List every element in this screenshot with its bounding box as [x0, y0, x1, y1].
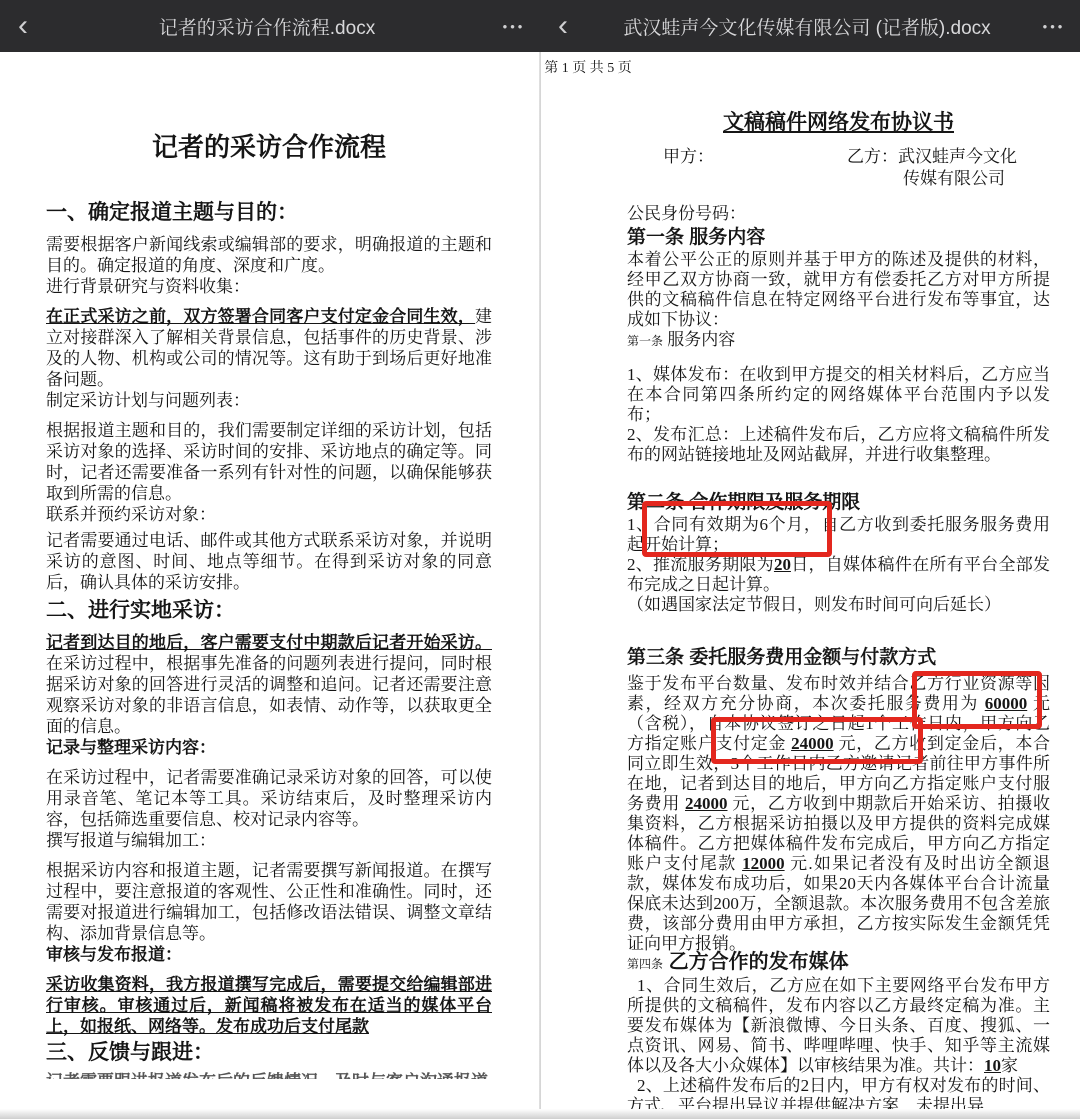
party-row: 甲方： 乙方：武汉蛙声今文化 传媒有限公司 — [627, 146, 1050, 194]
paragraph: 撰写报道与编辑加工： — [46, 830, 492, 851]
paragraph: 1、媒体发布：在收到甲方提交的相关材料后，乙方应当在本合同第四条所约定的网络媒体… — [627, 365, 1050, 425]
pane-divider — [539, 52, 541, 1119]
paragraph: 1、合同有效期为6个月，自乙方收到委托服务服务费用起开始计算； — [627, 515, 1050, 555]
paragraph: 制定采访计划与问题列表： — [46, 390, 492, 411]
doc-title: 记者的采访合作流程 — [46, 130, 492, 164]
party-a-label: 甲方： — [663, 146, 714, 168]
left-document-page[interactable]: 记者的采访合作流程 一、确定报道主题与目的： 需要根据客户新闻线索或编辑部的要求… — [46, 52, 492, 1096]
left-doc-title: 记者的采访合作流程.docx — [46, 13, 488, 40]
paragraph: 进行背景研究与资料收集： — [46, 276, 492, 297]
paragraph: 在采访过程中，记者需要准确记录采访对象的回答，可以使用录音笔、笔记本等工具。采访… — [46, 767, 492, 830]
doc-title: 文稿稿件网络发布协议书 — [627, 106, 1050, 136]
section3: 第三条 委托服务费用金额与付款方式 鉴于发布平台数量、发布时效并结合乙方行业资源… — [627, 646, 1050, 954]
paragraph: 2、发布汇总：上述稿件发布后，乙方应将文稿稿件所发布的网站链接地址及网站截屏，并… — [627, 425, 1050, 465]
paragraph: 审核与发布报道： — [46, 944, 492, 965]
paragraph: 根据采访内容和报道主题，记者需要撰写新闻报道。在撰写过程中，要注意报道的客观性、… — [46, 860, 492, 944]
right-doc-title: 武汉蛙声今文化传媒有限公司 (记者版).docx — [586, 13, 1028, 40]
paragraph: 记者需要通过电话、邮件或其他方式联系采访对象，并说明采访的意图、时间、地点等细节… — [46, 530, 492, 593]
paragraph: 1、合同生效后，乙方应在如下主要网络平台发布甲方所提供的文稿稿件，发布内容以乙方… — [627, 976, 1050, 1076]
paragraph: 记录与整理采访内容： — [46, 737, 492, 758]
section1-body: 本着公平公正的原则并基于甲方的陈述及提供的材料，经甲乙双方协商一致，就甲方有偿委… — [627, 250, 1050, 465]
screen: ‹ 记者的采访合作流程.docx ••• ‹ 武汉蛙声今文化传媒有限公司 (记者… — [0, 0, 1080, 1119]
paragraph: 本着公平公正的原则并基于甲方的陈述及提供的材料，经甲乙双方协商一致，就甲方有偿委… — [627, 250, 1050, 330]
paragraph: （如遇国家法定节假日，则发布时间可向后延长） — [627, 595, 1050, 615]
paragraph: 在正式采访之前，双方签署合同客户支付定金合同生效，建立对接群深入了解相关背景信息… — [46, 306, 492, 390]
paragraph: 联系并预约采访对象： — [46, 504, 492, 525]
back-icon[interactable]: ‹ — [0, 2, 46, 50]
more-menu-icon[interactable]: ••• — [1028, 19, 1080, 34]
paragraph: 采访收集资料，我方报道撰写完成后，需要提交给编辑部进行审核。审核通过后，新闻稿将… — [46, 974, 492, 1037]
section-heading: 一、确定报道主题与目的： — [46, 200, 492, 225]
paragraph: 第一条 服务内容 — [627, 330, 1050, 351]
party-b-label: 乙方：武汉蛙声今文化 传媒有限公司 — [847, 146, 1037, 190]
section1-heading: 第一条 服务内容 — [627, 226, 1050, 250]
section2: 第二条 合作期限及服务期限 1、合同有效期为6个月，自乙方收到委托服务服务费用起… — [627, 491, 1050, 615]
page-bottom-edge — [0, 1109, 1080, 1119]
section4-heading: 第四条 乙方合作的发布媒体 — [627, 950, 1050, 976]
page-indicator: 第 1 页 共 5 页 — [468, 57, 708, 77]
paragraph: 需要根据客户新闻线索或编辑部的要求，明确报道的主题和目的。确定报道的角度、深度和… — [46, 234, 492, 276]
section3-heading: 第三条 委托服务费用金额与付款方式 — [627, 646, 1050, 670]
paragraph: 2、推流服务期限为20日，自媒体稿件在所有平台全部发布完成之日起计算。 — [627, 555, 1050, 595]
paragraph: 鉴于发布平台数量、发布时效并结合乙方行业资源等因素，经双方充分协商，本次委托服务… — [627, 674, 1050, 954]
id-number-line: 公民身份号码： — [627, 204, 1050, 224]
clipped-paragraph: 记者需要跟进报道发布后的反馈情况，及时与客户沟通报道效果 — [46, 1071, 492, 1079]
section-heading: 二、进行实地采访： — [46, 598, 492, 623]
section4: 第四条 乙方合作的发布媒体 1、合同生效后，乙方应在如下主要网络平台发布甲方所提… — [627, 950, 1050, 1116]
right-doc-header: ‹ 武汉蛙声今文化传媒有限公司 (记者版).docx ••• — [540, 0, 1080, 52]
left-doc-header: ‹ 记者的采访合作流程.docx ••• — [0, 0, 540, 52]
more-menu-icon[interactable]: ••• — [488, 19, 540, 34]
top-bar: ‹ 记者的采访合作流程.docx ••• ‹ 武汉蛙声今文化传媒有限公司 (记者… — [0, 0, 1080, 52]
back-icon[interactable]: ‹ — [540, 2, 586, 50]
section2-heading: 第二条 合作期限及服务期限 — [627, 491, 1050, 515]
paragraph: 根据报道主题和目的，我们需要制定详细的采访计划，包括采访对象的选择、采访时间的安… — [46, 420, 492, 504]
paragraph: 记者到达目的地后，客户需要支付中期款后记者开始采访。在采访过程中，根据事先准备的… — [46, 632, 492, 737]
section-heading: 三、反馈与跟进： — [46, 1040, 492, 1065]
